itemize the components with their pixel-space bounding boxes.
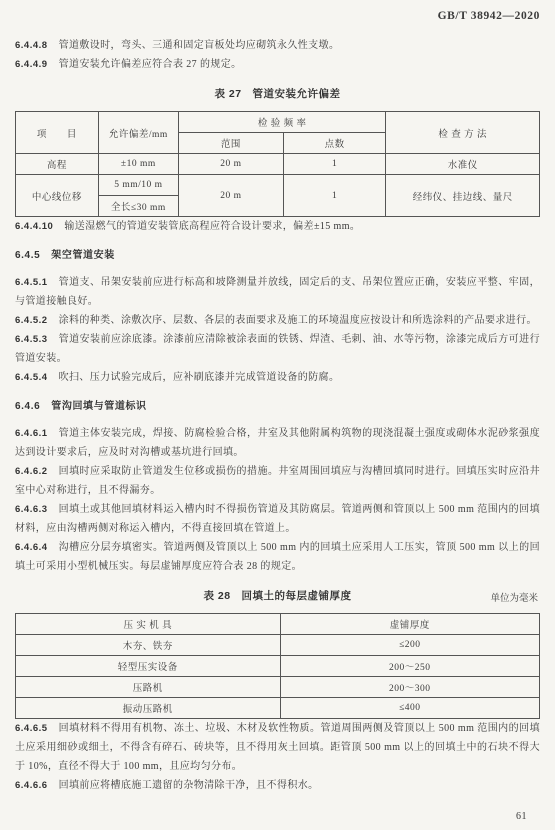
clause-text: 管道支、吊架安装前应进行标高和坡降测量并放线，固定后的支、吊架位置应正确，安装应… — [15, 277, 540, 307]
clause-6-4-6-2: 6.4.6.2回填时应采取防止管道发生位移或损伤的措施。井室周围回填应与沟槽回填… — [15, 462, 540, 500]
table-27-header-frequency: 检 验 频 率 — [178, 112, 386, 133]
clause-number: 6.4.5.4 — [15, 372, 48, 383]
cell-item: 中心线位移 — [16, 175, 99, 217]
clause-text: 回填时应采取防止管道发生位移或损伤的措施。井室周围回填应与沟槽回填同时进行。回填… — [15, 466, 540, 496]
table-28: 压 实 机 具 虚铺厚度 木夯、铁夯 ≤200 轻型压实设备 200～250 压… — [15, 613, 540, 719]
clause-text: 输送湿燃气的管道安装管底高程应符合设计要求，偏差±15 mm。 — [64, 221, 360, 232]
table-row-elevation: 高程 ±10 mm 20 m 1 水准仪 — [16, 154, 540, 175]
clause-6-4-5-4: 6.4.5.4吹扫、压力试验完成后，应补刷底漆并完成管道设备的防腐。 — [15, 368, 540, 387]
cell-method: 经纬仪、挂边线、量尺 — [386, 175, 540, 217]
standard-code: GB/T 38942—2020 — [15, 10, 540, 22]
clause-number: 6.4.5.3 — [15, 334, 48, 345]
cell-tool: 木夯、铁夯 — [16, 635, 281, 656]
clause-text: 管道安装前应涂底漆。涂漆前应清除被涂表面的铁锈、焊渣、毛刺、油、水等污物，涂漆完… — [15, 334, 540, 364]
table-27-header-row-1: 项 目 允许偏差/mm 检 验 频 率 检 查 方 法 — [16, 112, 540, 133]
table-27-header-range: 范围 — [178, 133, 283, 154]
page-content: GB/T 38942—2020 6.4.4.8管道敷设时，弯头、三通和固定盲板处… — [0, 0, 555, 795]
document-page: { "header": { "standard_code": "GB/T 389… — [0, 0, 555, 830]
clause-text: 涂料的种类、涂敷次序、层数、各层的表面要求及施工的环境温度应按设计和所选涂料的产… — [59, 315, 537, 326]
table-28-header-thickness: 虚铺厚度 — [280, 614, 539, 635]
table-row: 振动压路机 ≤400 — [16, 698, 540, 719]
clause-number: 6.4.4.10 — [15, 221, 53, 232]
table-row-centerline-a: 中心线位移 5 mm/10 m 20 m 1 经纬仪、挂边线、量尺 — [16, 175, 540, 196]
clause-number: 6.4.4.9 — [15, 59, 48, 70]
clause-6-4-6-6: 6.4.6.6回填前应将槽底施工遗留的杂物清除干净，且不得积水。 — [15, 776, 540, 795]
cell-item: 高程 — [16, 154, 99, 175]
clause-number: 6.4.5 — [15, 250, 40, 261]
cell-tool: 压路机 — [16, 677, 281, 698]
cell-deviation: ±10 mm — [98, 154, 178, 175]
table-28-unit-note: 单位为毫米 — [490, 590, 538, 604]
clause-6-4-5-3: 6.4.5.3管道安装前应涂底漆。涂漆前应清除被涂表面的铁锈、焊渣、毛刺、油、水… — [15, 330, 540, 368]
cell-points: 1 — [283, 175, 386, 217]
clause-number: 6.4.6.6 — [15, 780, 48, 791]
cell-tool: 振动压路机 — [16, 698, 281, 719]
cell-thickness: ≤200 — [280, 635, 539, 656]
cell-points: 1 — [283, 154, 386, 175]
table-28-title: 表 28 回填土的每层虚铺厚度 — [15, 588, 540, 603]
clause-text: 管道敷设时，弯头、三通和固定盲板处均应砌筑永久性支墩。 — [59, 40, 340, 51]
clause-text: 回填前应将槽底施工遗留的杂物清除干净，且不得积水。 — [59, 780, 319, 791]
clause-number: 6.4.6.4 — [15, 542, 48, 553]
cell-range: 20 m — [178, 175, 283, 217]
table-row: 压路机 200～300 — [16, 677, 540, 698]
clause-6-4-5-1: 6.4.5.1管道支、吊架安装前应进行标高和坡降测量并放线，固定后的支、吊架位置… — [15, 273, 540, 311]
table-27-header-deviation: 允许偏差/mm — [98, 112, 178, 154]
clause-number: 6.4.6.3 — [15, 504, 48, 515]
table-28-header-tool: 压 实 机 具 — [16, 614, 281, 635]
cell-deviation-total: 全长≤30 mm — [98, 196, 178, 217]
clause-6-4-4-9: 6.4.4.9管道安装允许偏差应符合表 27 的规定。 — [15, 55, 540, 74]
clause-6-4-6-5: 6.4.6.5回填材料不得用有机物、冻土、垃圾、木材及软性物质。管道周围两侧及管… — [15, 719, 540, 776]
page-number: 61 — [516, 811, 527, 822]
clause-text: 回填土或其他回填材料运入槽内时不得损伤管道及其防腐层。管道两侧和管顶以上 500… — [15, 504, 540, 534]
clause-number: 6.4.6.2 — [15, 466, 48, 477]
table-27-header-item: 项 目 — [16, 112, 99, 154]
cell-thickness: ≤400 — [280, 698, 539, 719]
table-27-caption: 表 27 管道安装允许偏差 — [15, 86, 540, 101]
clause-text: 回填材料不得用有机物、冻土、垃圾、木材及软性物质。管道周围两侧及管顶以上 500… — [15, 723, 540, 772]
heading-text: 架空管道安装 — [51, 250, 115, 261]
table-row: 轻型压实设备 200～250 — [16, 656, 540, 677]
clause-6-4-5-2: 6.4.5.2涂料的种类、涂敷次序、层数、各层的表面要求及施工的环境温度应按设计… — [15, 311, 540, 330]
clause-number: 6.4.5.2 — [15, 315, 48, 326]
cell-deviation-per10m: 5 mm/10 m — [98, 175, 178, 196]
table-27-title: 表 27 管道安装允许偏差 — [15, 86, 540, 101]
clause-6-4-4-10: 6.4.4.10输送湿燃气的管道安装管底高程应符合设计要求，偏差±15 mm。 — [15, 217, 540, 236]
clause-6-4-6-1: 6.4.6.1管道主体安装完成，焊接、防腐检验合格，井室及其他附属构筑物的现浇混… — [15, 424, 540, 462]
table-28-caption: 表 28 回填土的每层虚铺厚度 单位为毫米 — [15, 588, 540, 603]
heading-6-4-6: 6.4.6管沟回填与管道标识 — [15, 397, 540, 416]
cell-tool: 轻型压实设备 — [16, 656, 281, 677]
clause-text: 管道主体安装完成，焊接、防腐检验合格，井室及其他附属构筑物的现浇混凝土强度或砌体… — [15, 428, 540, 458]
clause-6-4-6-3: 6.4.6.3回填土或其他回填材料运入槽内时不得损伤管道及其防腐层。管道两侧和管… — [15, 500, 540, 538]
clause-text: 沟槽应分层夯填密实。管道两侧及管顶以上 500 mm 内的回填土应采用人工压实，… — [15, 542, 540, 572]
clause-number: 6.4.6 — [15, 401, 40, 412]
table-27-header-method: 检 查 方 法 — [386, 112, 540, 154]
cell-thickness: 200～300 — [280, 677, 539, 698]
clause-text: 管道安装允许偏差应符合表 27 的规定。 — [59, 59, 242, 70]
clause-number: 6.4.5.1 — [15, 277, 48, 288]
clause-6-4-6-4: 6.4.6.4沟槽应分层夯填密实。管道两侧及管顶以上 500 mm 内的回填土应… — [15, 538, 540, 576]
clause-number: 6.4.4.8 — [15, 40, 48, 51]
heading-6-4-5: 6.4.5架空管道安装 — [15, 246, 540, 265]
table-row: 木夯、铁夯 ≤200 — [16, 635, 540, 656]
heading-text: 管沟回填与管道标识 — [51, 401, 146, 412]
table-27: 项 目 允许偏差/mm 检 验 频 率 检 查 方 法 范围 点数 高程 ±10… — [15, 111, 540, 217]
clause-text: 吹扫、压力试验完成后，应补刷底漆并完成管道设备的防腐。 — [59, 372, 340, 383]
cell-range: 20 m — [178, 154, 283, 175]
table-27-header-points: 点数 — [283, 133, 386, 154]
cell-thickness: 200～250 — [280, 656, 539, 677]
clause-number: 6.4.6.5 — [15, 723, 48, 734]
clause-6-4-4-8: 6.4.4.8管道敷设时，弯头、三通和固定盲板处均应砌筑永久性支墩。 — [15, 36, 540, 55]
table-28-header-row: 压 实 机 具 虚铺厚度 — [16, 614, 540, 635]
cell-method: 水准仪 — [386, 154, 540, 175]
clause-number: 6.4.6.1 — [15, 428, 48, 439]
